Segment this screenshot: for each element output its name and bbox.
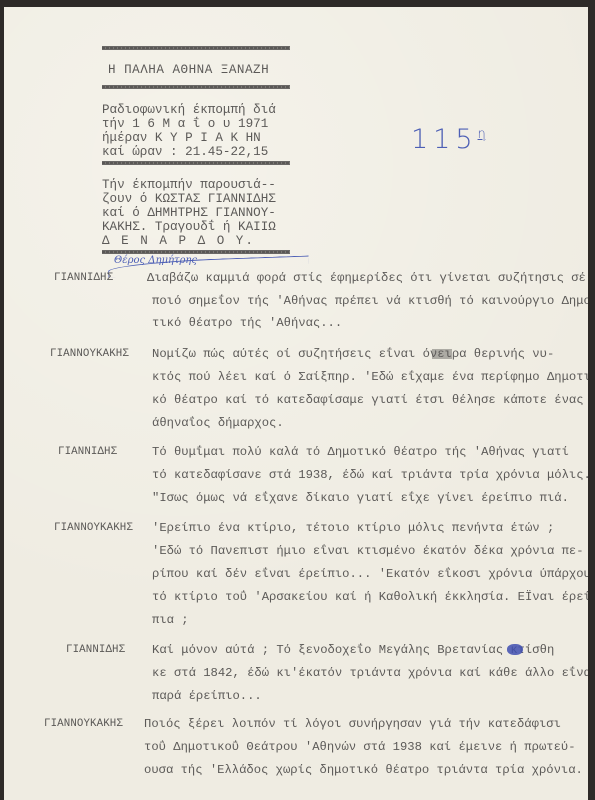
broadcast-line: καί ώραν : 21.45-22,15 xyxy=(102,145,268,159)
dialogue-line: ποιό σημεΐον τής 'Αθήνας πρέπει νά κτισθ… xyxy=(152,294,588,308)
header-rule-top xyxy=(102,46,290,50)
speaker-label: ΓΙΑΝΝΙΔΗΣ xyxy=(66,644,125,656)
speaker-label: ΓΙΑΝΝΟΥΚΑΚΗΣ xyxy=(54,522,133,534)
speaker-label: ΓΙΑΝΝΙΔΗΣ xyxy=(58,446,117,458)
dialogue-line: παρά έρείπιο... xyxy=(152,689,262,703)
presenters-line: Δ Ε Ν Α Ρ Δ Ο Υ. xyxy=(102,234,255,248)
handwritten-page-number: 115η xyxy=(411,124,486,155)
presenters-line: Τήν έκπομπήν παρουσιά-- xyxy=(102,178,276,192)
presenters-line: καί ό ΔΗΜΗΤΡΗΣ ΓΙΑΝΝΟΥ- xyxy=(102,206,276,220)
dialogue-line: άθηναΐος δήμαρχος. xyxy=(152,416,284,430)
dialogue-line: κτός πού λέει καί ό Σαίξπηρ. 'Εδώ εΐχαμε… xyxy=(152,370,588,384)
dialogue-line: ρίπου καί δέν εΐναι έρείπιο... 'Εκατόν ε… xyxy=(152,567,588,581)
document-page: Η ΠΑΛΗΑ ΑΘΗΝΑ ΞΑΝΑΖΗ Ραδιοφωνική έκπομπή… xyxy=(4,7,588,800)
speaker-label: ΓΙΑΝΝΟΥΚΑΚΗΣ xyxy=(50,348,129,360)
presenters-line: ζουν ό ΚΩΣΤΑΣ ΓΙΑΝΝΙΔΗΣ xyxy=(102,192,276,206)
dialogue-line: Διαβάζω καμμιά φορά στίς έφημερίδες ότι … xyxy=(147,271,586,285)
presenters-line: ΚΑΚΗΣ. Τραγουδΐ ή ΚΑΙΙΩ xyxy=(102,220,276,234)
speaker-label: ΓΙΑΝΝΟΥΚΑΚΗΣ xyxy=(44,718,123,730)
broadcast-line: ήμέραν Κ Υ Ρ Ι Α Κ ΗΝ xyxy=(102,131,261,145)
dialogue-line: "Ισως όμως νά εΐχανε δίκαιο γιατί εΐχε γ… xyxy=(152,491,569,505)
dialogue-line: τό κτίριο τοΰ 'Αρσακείου καί ή Καθολική … xyxy=(152,590,588,604)
header-rule-3 xyxy=(102,161,290,165)
broadcast-line: τήν 1 6 Μ α ΐ ο υ 1971 xyxy=(102,117,268,131)
dialogue-line: Καί μόνον αύτά ; Τό ξενοδοχεΐο Μεγάλης Β… xyxy=(152,643,554,657)
page-number-digits: 115 xyxy=(411,124,478,155)
header-rule-bottom xyxy=(102,250,290,254)
page-number-suffix: η xyxy=(478,127,486,142)
dialogue-line: ουσα τής 'Ελλάδος χωρίς δημοτικό θέατρο … xyxy=(144,763,583,777)
dialogue-line: 'Εδώ τό Πανεπιστ ήμιο εΐναι κτισμένο έκα… xyxy=(152,544,584,558)
ink-blot xyxy=(507,644,523,655)
dialogue-line: πια ; xyxy=(152,613,189,627)
speaker-label: ΓΙΑΝΝΙΔΗΣ xyxy=(54,272,113,284)
dialogue-line: τικό θέατρο τής 'Αθήνας... xyxy=(152,316,342,330)
broadcast-line: Ραδιοφωνική έκπομπή διά xyxy=(102,103,276,117)
dialogue-line: κό θέατρο καί τό κατεδαφίσαμε γιατί έτσι… xyxy=(152,393,584,407)
struck-out-text xyxy=(432,349,452,359)
dialogue-line: Τό θυμΐμαι πολύ καλά τό Δημοτικό θέατρο … xyxy=(152,445,569,459)
dialogue-line: 'Ερείπιο ένα κτίριο, τέτοιο κτίριο μόλις… xyxy=(152,521,554,535)
dialogue-line: κε στά 1842, έδώ κι'έκατόν τριάντα χρόνι… xyxy=(152,666,588,680)
dialogue-line: τοΰ Δημοτικοΰ Θεάτρου 'Αθηνών στά 1938 κ… xyxy=(144,740,576,754)
header-rule-2 xyxy=(102,85,290,89)
dialogue-line: Ποιός ξέρει λοιπόν τί λόγοι συνήργησαν γ… xyxy=(144,717,561,731)
program-title: Η ΠΑΛΗΑ ΑΘΗΝΑ ΞΑΝΑΖΗ xyxy=(108,63,269,77)
dialogue-line: Νομίζω πώς αύτές οί συζητήσεις εΐναι όνε… xyxy=(152,347,554,361)
dialogue-line: τό κατεδαφίσανε στά 1938, έδώ καί τριάντ… xyxy=(152,468,588,482)
